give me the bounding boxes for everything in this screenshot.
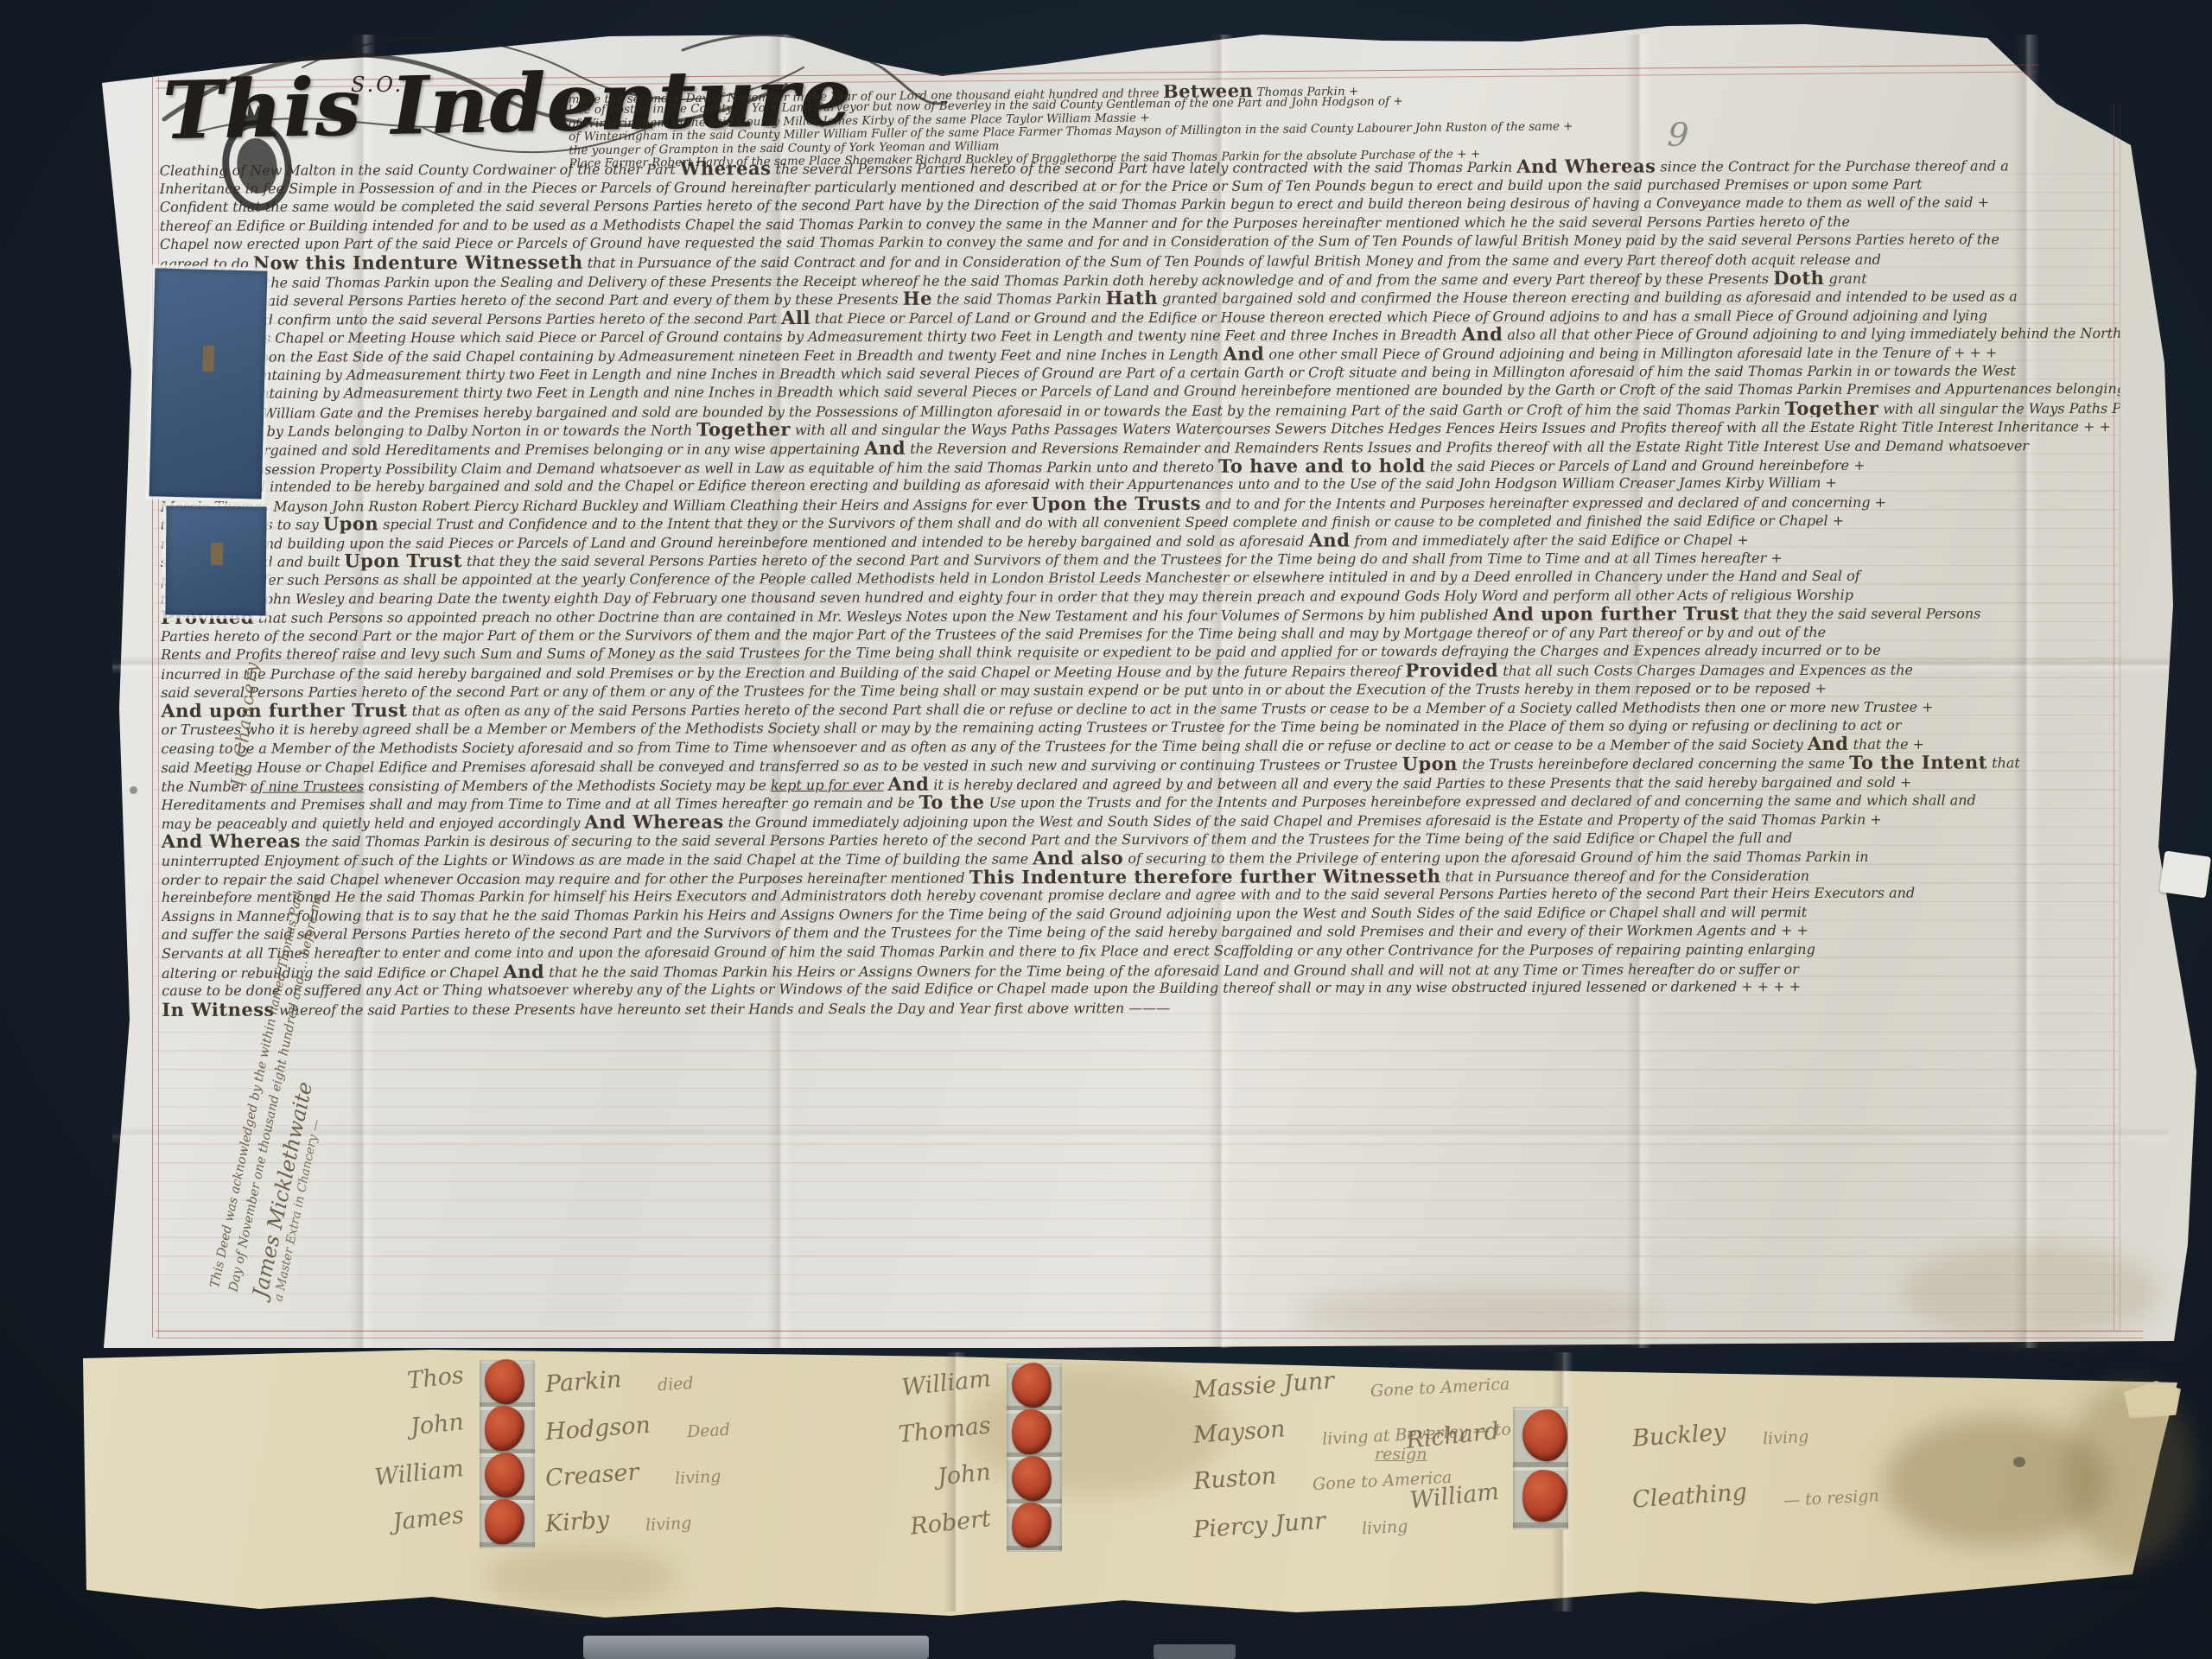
- manuscript-text: And Whereas: [1516, 156, 1656, 177]
- manuscript-text: And Whereas: [162, 830, 301, 851]
- seal-cell: [1000, 1408, 1064, 1455]
- manuscript-text: And: [864, 437, 906, 459]
- signer-surname: Parkin: [544, 1365, 622, 1397]
- manuscript-text: that all such Costs Charges Damages and …: [1498, 662, 1913, 679]
- signer-status-note: living: [1762, 1427, 1808, 1448]
- signer-first-name: William: [850, 1364, 1001, 1407]
- manuscript-text: To the Intent: [1849, 753, 1987, 773]
- manuscript-text: may be peaceably and quietly held and en…: [162, 814, 585, 831]
- manuscript-text: it is hereby declared and agreed by and …: [929, 773, 1911, 792]
- manuscript-text: that: [1987, 754, 2020, 771]
- signature-row: WilliamCreaserliving: [324, 1452, 929, 1498]
- seal-cell: [1000, 1455, 1064, 1502]
- photograph-of-indenture: S.O. This Indenture 9 made the second + …: [0, 0, 2212, 1659]
- manuscript-text: their Trust Possession Property Possibil…: [161, 458, 1219, 477]
- signer-first-name: William: [323, 1454, 474, 1497]
- signer-name-cell: Cleathing— to resign: [1632, 1483, 2113, 1510]
- signer-status-note: living: [645, 1513, 692, 1535]
- manuscript-text: the Reversion and Reversions Remainder a…: [906, 437, 2029, 456]
- manuscript-text: And: [1461, 323, 1503, 345]
- manuscript-text: Cleathing of New Malton in the said Coun…: [160, 161, 680, 179]
- signer-first-name: John: [323, 1408, 474, 1450]
- signer-status-note: Dead: [686, 1420, 730, 1441]
- signer-status-note: living: [675, 1466, 721, 1488]
- signature-row: WilliamMassie JunrGone to America: [851, 1362, 1456, 1408]
- manuscript-text: grant: [1824, 270, 1866, 286]
- signer-surname: Cleathing: [1631, 1478, 1748, 1513]
- manuscript-text: Hereditaments and Premises shall and may…: [162, 795, 919, 813]
- manuscript-text: also all that other Piece of Ground adjo…: [1503, 325, 2120, 343]
- manuscript-text: of nine Trustees: [251, 778, 364, 794]
- manuscript-text: Hath: [1106, 287, 1158, 308]
- manuscript-text: Provided: [1405, 659, 1498, 681]
- manuscript-text: And: [887, 772, 929, 794]
- manuscript-text: consisting of Members of the Methodists …: [364, 777, 771, 794]
- red-rule-bottom: [156, 1331, 2143, 1338]
- manuscript-text: And: [1808, 734, 1849, 754]
- manuscript-text: now erecting and building upon the said …: [161, 532, 1309, 551]
- signature-row: ThomasMaysonliving at Beverley — toresig…: [851, 1408, 1456, 1455]
- background-object: [583, 1636, 929, 1659]
- manuscript-text: Upon the Trusts: [1031, 493, 1201, 515]
- manuscript-text: the said Thomas Parkin: [932, 290, 1106, 308]
- manuscript-text: the said Pieces or Parcels of Land and G…: [1426, 456, 1866, 474]
- manuscript-text: one other small Piece of Ground adjoinin…: [1264, 344, 1997, 362]
- manuscript-text: Use upon the Trusts and for the Intents …: [984, 792, 1975, 811]
- signature-group-1: ThosParkindiedJohnHodgsonDeadWilliamCrea…: [324, 1358, 929, 1545]
- signer-name-cell: Massie JunrGone to America: [1193, 1372, 1510, 1399]
- manuscript-text: that in Pursuance thereof and for the Co…: [1440, 868, 1809, 885]
- manuscript-text: All: [781, 307, 810, 328]
- manuscript-text: immediately upon the East Side of the sa…: [160, 346, 1223, 365]
- manuscript-text: Doth: [1773, 268, 1824, 289]
- wax-seal: [1521, 1468, 1569, 1522]
- manuscript-text: And: [503, 960, 544, 982]
- seal-cell: [473, 1405, 537, 1452]
- signature-row: RobertPiercy Junrliving: [851, 1502, 1456, 1548]
- manuscript-text: order to repair the said Chapel whenever…: [162, 869, 969, 887]
- signature-row: JohnHodgsonDead: [324, 1405, 929, 1452]
- seal-cell: [1000, 1502, 1064, 1548]
- signer-surname: Creaser: [544, 1459, 639, 1491]
- manuscript-text: Massie Thomas Mayson John Ruston Robert …: [161, 496, 1032, 515]
- signer-surname: Buckley: [1631, 1419, 1726, 1452]
- manuscript-text: the several Persons Parties hereto of th…: [771, 159, 1516, 177]
- manuscript-text: Upon: [323, 513, 378, 534]
- signer-first-name: Thomas: [850, 1411, 1001, 1453]
- manuscript-text: Now this Indenture Witnesseth: [253, 251, 583, 273]
- wax-seal: [1520, 1408, 1569, 1463]
- paper-sticker: [2159, 850, 2211, 898]
- signer-first-name: John: [850, 1458, 1001, 1500]
- manuscript-text: This Indenture therefore further Witness…: [969, 865, 1441, 887]
- manuscript-text: kept up for ever: [771, 776, 884, 792]
- manuscript-text: Upon: [1402, 753, 1458, 774]
- wax-seal: [1010, 1361, 1053, 1409]
- seal-cell: [1508, 1465, 1582, 1526]
- seal-cell: [473, 1498, 537, 1545]
- signer-status-note: died: [658, 1373, 695, 1394]
- manuscript-text: He: [903, 288, 932, 309]
- signer-first-name: Robert: [850, 1504, 1001, 1547]
- manuscript-text: granted bargained sold and confirmed the…: [1158, 288, 2018, 307]
- patch-mark: [211, 543, 223, 565]
- signer-first-name: William: [1403, 1477, 1510, 1514]
- signer-surname: Hodgson: [544, 1411, 652, 1445]
- manuscript-text: since the Contract for the Purchase ther…: [1656, 157, 2008, 175]
- manuscript-text: whereof the said Parties to these Presen…: [275, 1000, 1170, 1019]
- manuscript-text: And: [1309, 529, 1351, 550]
- red-margin-left: [152, 74, 159, 1338]
- manuscript-text: that the +: [1848, 736, 1924, 753]
- background-object: [1154, 1644, 1236, 1659]
- signer-surname: Ruston: [1192, 1462, 1277, 1495]
- manuscript-text: Whereas: [680, 157, 772, 179]
- signer-surname: Piercy Junr: [1192, 1507, 1326, 1543]
- signature-row: WilliamCleathing— to resign: [1404, 1465, 2113, 1526]
- manuscript-text: And Whereas: [584, 810, 723, 832]
- signature-row: JohnRustonGone to America: [851, 1455, 1456, 1502]
- signer-first-name: Richard: [1403, 1416, 1510, 1453]
- manuscript-body: Cleathing of New Malton in the said Coun…: [160, 156, 2122, 1019]
- wax-seal: [1010, 1408, 1053, 1455]
- signature-row: ThosParkindied: [324, 1358, 929, 1405]
- signature-row: RichardBuckleyliving: [1404, 1405, 2113, 1465]
- seal-cell: [473, 1358, 537, 1405]
- patch-mark: [202, 346, 214, 372]
- seal-cell: [1508, 1405, 1582, 1465]
- signature-row: JamesKirbyliving: [324, 1498, 929, 1545]
- signer-first-name: Thos: [323, 1361, 474, 1403]
- manuscript-text: of securing to them the Privilege of ent…: [1123, 849, 1868, 867]
- signer-surname: Mayson: [1192, 1415, 1286, 1448]
- signer-surname: Kirby: [544, 1506, 610, 1537]
- signer-status-note: — to resign: [1783, 1486, 1879, 1510]
- manuscript-text: discharge the said several Persons Parti…: [160, 291, 903, 309]
- wax-seal: [1010, 1501, 1053, 1548]
- manuscript-text: Together: [1785, 398, 1879, 419]
- manuscript-text: Upon Trust: [344, 550, 462, 572]
- signer-status-note: Gone to America: [1370, 1374, 1510, 1400]
- manuscript-text: that they the said several Persons: [1739, 606, 1981, 623]
- manuscript-text: In Witness: [162, 998, 275, 1019]
- seal-cell: [1000, 1362, 1064, 1408]
- wax-seal: [483, 1404, 526, 1452]
- duty-stamp-patch: [149, 268, 268, 499]
- signer-status-note: living: [1362, 1516, 1408, 1538]
- seal-cell: [473, 1452, 537, 1498]
- wax-seal: [483, 1451, 526, 1499]
- manuscript-text: And upon further Trust: [1492, 603, 1738, 625]
- manuscript-text: said hereby bargained and sold Hereditam…: [161, 441, 865, 459]
- signature-group-2: WilliamMassie JunrGone to AmericaThomasM…: [851, 1362, 1456, 1548]
- manuscript-text: uninterrupted Enjoyment of such of the L…: [162, 850, 1033, 869]
- signer-surname: Massie Junr: [1192, 1367, 1335, 1403]
- signature-group-3: RichardBuckleylivingWilliamCleathing— to…: [1404, 1405, 2113, 1526]
- wax-seal: [483, 1497, 526, 1545]
- manuscript-text: And also: [1033, 847, 1123, 868]
- manuscript-text: And upon further Trust: [161, 699, 407, 720]
- manuscript-text: And: [1224, 343, 1265, 365]
- manuscript-text: and to and for the Intents and Purposes …: [1201, 493, 1886, 512]
- manuscript-text: To have and to hold: [1218, 454, 1426, 477]
- duty-stamp-patch: [165, 505, 266, 615]
- manuscript-text: from and immediately after the said Edif…: [1350, 531, 1748, 549]
- manuscript-text: the Trusts hereinbefore declared concern…: [1458, 755, 1849, 772]
- wax-seal: [1010, 1454, 1053, 1503]
- manuscript-text: To the: [919, 791, 985, 813]
- signer-first-name: James: [323, 1501, 474, 1543]
- wax-seal: [483, 1357, 526, 1406]
- signer-name-cell: Buckleyliving: [1632, 1422, 2113, 1449]
- speck: [130, 786, 137, 794]
- manuscript-text: Together: [696, 418, 791, 440]
- manuscript-text: with all singular the Ways Paths Passage…: [1878, 399, 2120, 416]
